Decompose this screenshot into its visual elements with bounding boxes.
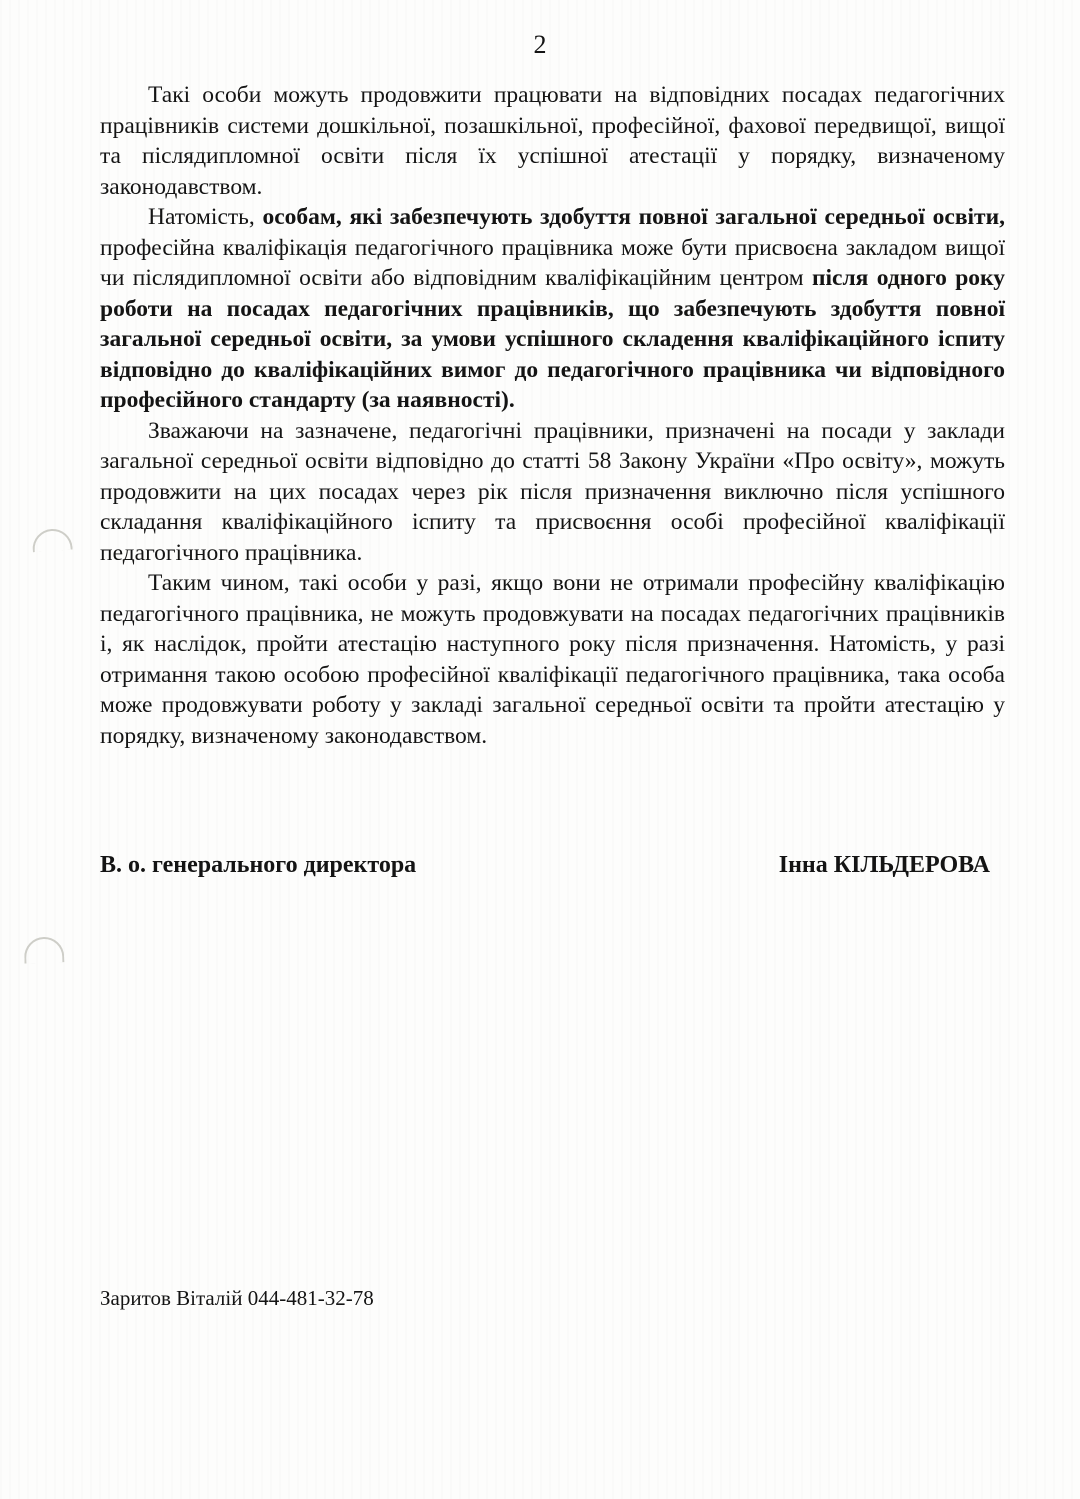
paragraph: Таким чином, такі особи у разі, якщо вон…	[100, 568, 1005, 751]
punch-hole-mark-icon	[24, 936, 65, 963]
paragraph-text-bold: особам, які забезпечують здобуття повної…	[262, 204, 1005, 230]
punch-hole-mark-icon	[31, 528, 72, 553]
paragraph-text: Натомість,	[148, 204, 262, 230]
paragraph: Такі особи можуть продовжити працювати н…	[100, 80, 1005, 202]
page-number: 2	[0, 30, 1080, 60]
signatory-name: Інна КІЛЬДЕРОВА	[779, 852, 990, 879]
signatory-title: В. о. генерального директора	[100, 852, 416, 879]
scanned-document-page: 2 Такі особи можуть продовжити працювати…	[0, 0, 1080, 1499]
contact-line: Заритов Віталій 044-481-32-78	[100, 1286, 374, 1311]
document-body: Такі особи можуть продовжити працювати н…	[100, 80, 1005, 751]
paragraph-text: Таким чином, такі особи у разі, якщо вон…	[100, 570, 1005, 749]
paragraph-text: Такі особи можуть продовжити працювати н…	[100, 82, 1005, 200]
paragraph-text: Зважаючи на зазначене, педагогічні праці…	[100, 418, 1005, 566]
signature-row: В. о. генерального директора Інна КІЛЬДЕ…	[100, 852, 990, 879]
paragraph: Зважаючи на зазначене, педагогічні праці…	[100, 416, 1005, 569]
paragraph: Натомість, особам, які забезпечують здоб…	[100, 202, 1005, 416]
